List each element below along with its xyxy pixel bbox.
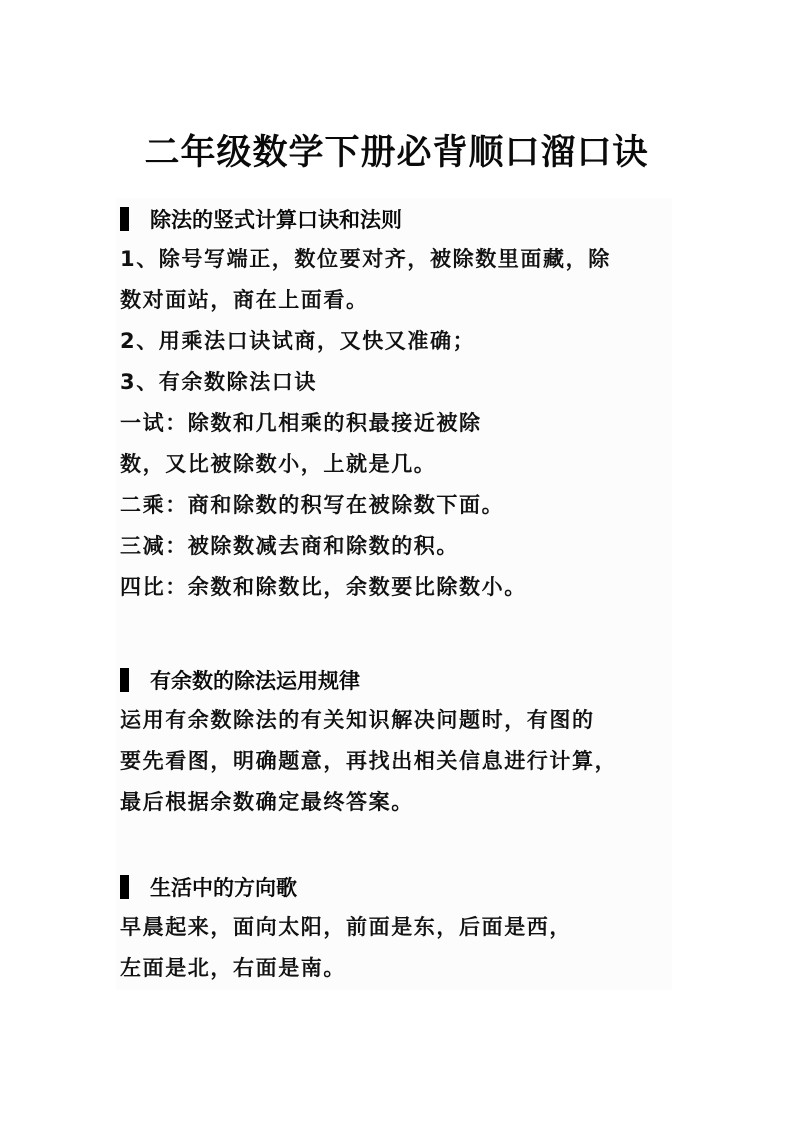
- text-line: 运用有余数除法的有关知识解决问题时，有图的: [120, 700, 690, 741]
- section-division-vertical-calculation: 除法的竖式计算口诀和法则 1、除号写端正，数位要对齐，被除数里面藏，除 数对面站…: [120, 199, 690, 608]
- text-line: 二乘：商和除数的积写在被除数下面。: [120, 485, 690, 526]
- text-line: 左面是北，右面是南。: [120, 948, 690, 989]
- section-heading-text: 生活中的方向歌: [150, 872, 297, 902]
- section-remainder-division-rules: 有余数的除法运用规律 运用有余数除法的有关知识解决问题时，有图的 要先看图，明确…: [120, 660, 690, 823]
- text-line: 早晨起来，面向太阳，前面是东，后面是西，: [120, 907, 690, 948]
- section-heading-text: 除法的竖式计算口诀和法则: [150, 204, 402, 234]
- heading-bar-icon: [120, 875, 129, 899]
- text-line: 数对面站，商在上面看。: [120, 280, 690, 321]
- text-line: 2、用乘法口诀试商，又快又准确；: [120, 321, 690, 362]
- heading-bar-icon: [120, 668, 129, 692]
- text-line: 1、除号写端正，数位要对齐，被除数里面藏，除: [120, 239, 690, 280]
- text-line: 一试：除数和几相乘的积最接近被除: [120, 403, 690, 444]
- section-heading-text: 有余数的除法运用规律: [150, 665, 360, 695]
- text-line: 四比：余数和除数比，余数要比除数小。: [120, 567, 690, 608]
- text-line: 要先看图，明确题意，再找出相关信息进行计算，: [120, 741, 690, 782]
- section-heading: 除法的竖式计算口诀和法则: [120, 199, 690, 239]
- section-heading: 有余数的除法运用规律: [120, 660, 690, 700]
- text-line: 3、有余数除法口诀: [120, 362, 690, 403]
- section-direction-song: 生活中的方向歌 早晨起来，面向太阳，前面是东，后面是西， 左面是北，右面是南。: [120, 867, 690, 989]
- section-heading: 生活中的方向歌: [120, 867, 690, 907]
- text-line: 三减：被除数减去商和除数的积。: [120, 526, 690, 567]
- text-line: 最后根据余数确定最终答案。: [120, 782, 690, 823]
- heading-bar-icon: [120, 207, 129, 231]
- text-line: 数，又比被除数小，上就是几。: [120, 444, 690, 485]
- page-title: 二年级数学下册必背顺口溜口诀: [0, 127, 793, 179]
